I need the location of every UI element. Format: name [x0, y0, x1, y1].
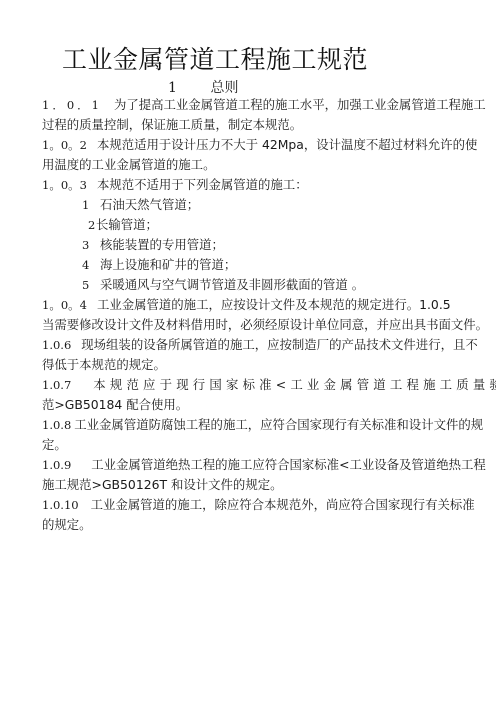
exclusion-item: 4海上设施和矿井的管道；: [82, 256, 236, 274]
item-text: 核能装置的专用管道；: [100, 237, 224, 252]
clause-continuation: 过程的质量控制，保证施工质量，制定本规范。: [42, 116, 302, 134]
clause-1-0-2: 1。0。2本规范适用于设计压力不大于 42Mpa，设计温度不超过材料允许的使: [42, 136, 477, 154]
clause-text: 工业金属管道绝热工程的施工应符合国家标准<工业设备及管道绝热工程: [91, 457, 486, 472]
clause-text: 工业金属管道的施工，除应符合本规范外，尚应符合国家现行有关标准: [91, 497, 475, 512]
clause-number: 1。0。2: [42, 138, 87, 152]
document-title: 工业金属管道工程施工规范: [62, 40, 368, 76]
item-number: 4: [82, 256, 100, 274]
clause-text: 工业金属管道防腐蚀工程的施工，应符合国家现行有关标准和设计文件的规: [74, 417, 483, 432]
item-text: 海上设施和矿井的管道；: [100, 257, 236, 272]
item-number: 1: [82, 196, 100, 214]
clause-text: 本规范应于现行国家标准<工业金属管道工程施工质量验收规: [93, 377, 496, 392]
clause-text: 本规范适用于设计压力不大于 42Mpa，设计温度不超过材料允许的使: [97, 137, 477, 152]
clause-text: 的规定。: [42, 517, 92, 532]
clause-continuation: 得低于本规范的规定。: [42, 356, 166, 374]
chapter-title: 总则: [210, 80, 238, 96]
clause-text: 定。: [42, 437, 67, 452]
clause-1-0-1: 1．0．1为了提高工业金属管道工程的施工水平，加强工业金属管道工程施工: [42, 96, 486, 114]
clause-1-0-8: 1.0.8工业金属管道防腐蚀工程的施工，应符合国家现行有关标准和设计文件的规: [42, 416, 483, 434]
clause-text: 本规范不适用于下列金属管道的施工：: [97, 177, 308, 192]
clause-1-0-6: 1.0.6现场组装的设备所属管道的施工，应按制造厂的产品技术文件进行，且不: [42, 336, 478, 354]
clause-continuation: 范>GB50184 配合使用。: [42, 396, 188, 414]
item-text: 长输管道；: [96, 217, 158, 232]
clause-1-0-5: 当需要修改设计文件及材料借用时，必须经原设计单位同意，并应出具书面文件。: [42, 316, 488, 334]
clause-text: 当需要修改设计文件及材料借用时，必须经原设计单位同意，并应出具书面文件。: [42, 317, 488, 332]
exclusion-item: 3核能装置的专用管道；: [82, 236, 224, 254]
clause-text: 范>GB50184 配合使用。: [42, 397, 188, 412]
clause-1-0-4: 1。0。4工业金属管道的施工，应按设计文件及本规范的规定进行。1.0.5: [42, 296, 451, 314]
clause-1-0-9: 1.0.9工业金属管道绝热工程的施工应符合国家标准<工业设备及管道绝热工程: [42, 456, 486, 474]
clause-number: 1．0．1: [42, 98, 102, 112]
clause-text: 为了提高工业金属管道工程的施工水平，加强工业金属管道工程施工: [114, 97, 486, 112]
clause-text: 得低于本规范的规定。: [42, 357, 166, 372]
exclusion-item: 1石油天然气管道；: [82, 196, 199, 214]
clause-continuation: 用温度的工业金属管道的施工。: [42, 156, 215, 174]
chapter-number: 1: [168, 80, 206, 96]
clause-number: 1.0.7: [42, 378, 71, 392]
item-number: 2: [88, 216, 96, 234]
clause-text: 用温度的工业金属管道的施工。: [42, 157, 215, 172]
clause-text: 现场组装的设备所属管道的施工，应按制造厂的产品技术文件进行，且不: [81, 337, 478, 352]
clause-continuation: 的规定。: [42, 516, 92, 534]
clause-text: 工业金属管道的施工，应按设计文件及本规范的规定进行。1.0.5: [97, 297, 451, 312]
item-number: 3: [82, 236, 100, 254]
clause-1-0-10: 1.0.10工业金属管道的施工，除应符合本规范外，尚应符合国家现行有关标准: [42, 496, 475, 514]
item-text: 采暖通风与空气调节管道及非圆形截面的管道 。: [100, 277, 364, 292]
clause-1-0-3: 1。0。3本规范不适用于下列金属管道的施工：: [42, 176, 308, 194]
clause-number: 1.0.6: [42, 338, 71, 352]
clause-number: 1.0.10: [42, 498, 79, 512]
item-number: 5: [82, 276, 100, 294]
clause-continuation: 施工规范>GB50126T 和设计文件的规定。: [42, 476, 283, 494]
exclusion-item: 2长输管道；: [88, 216, 158, 234]
chapter-heading: 1 总则: [168, 77, 238, 97]
clause-continuation: 定。: [42, 436, 67, 454]
clause-text: 过程的质量控制，保证施工质量，制定本规范。: [42, 117, 302, 132]
clause-number: 1。0。4: [42, 298, 87, 312]
document-page: 工业金属管道工程施工规范 1 总则 1．0．1为了提高工业金属管道工程的施工水平…: [0, 0, 496, 701]
clause-1-0-7: 1.0.7本规范应于现行国家标准<工业金属管道工程施工质量验收规: [42, 376, 496, 394]
exclusion-item: 5采暖通风与空气调节管道及非圆形截面的管道 。: [82, 276, 364, 294]
clause-number: 1.0.9: [42, 458, 71, 472]
item-text: 石油天然气管道；: [100, 197, 199, 212]
clause-number: 1。0。3: [42, 178, 87, 192]
clause-number: 1.0.8: [42, 418, 71, 432]
clause-text: 施工规范>GB50126T 和设计文件的规定。: [42, 477, 283, 492]
